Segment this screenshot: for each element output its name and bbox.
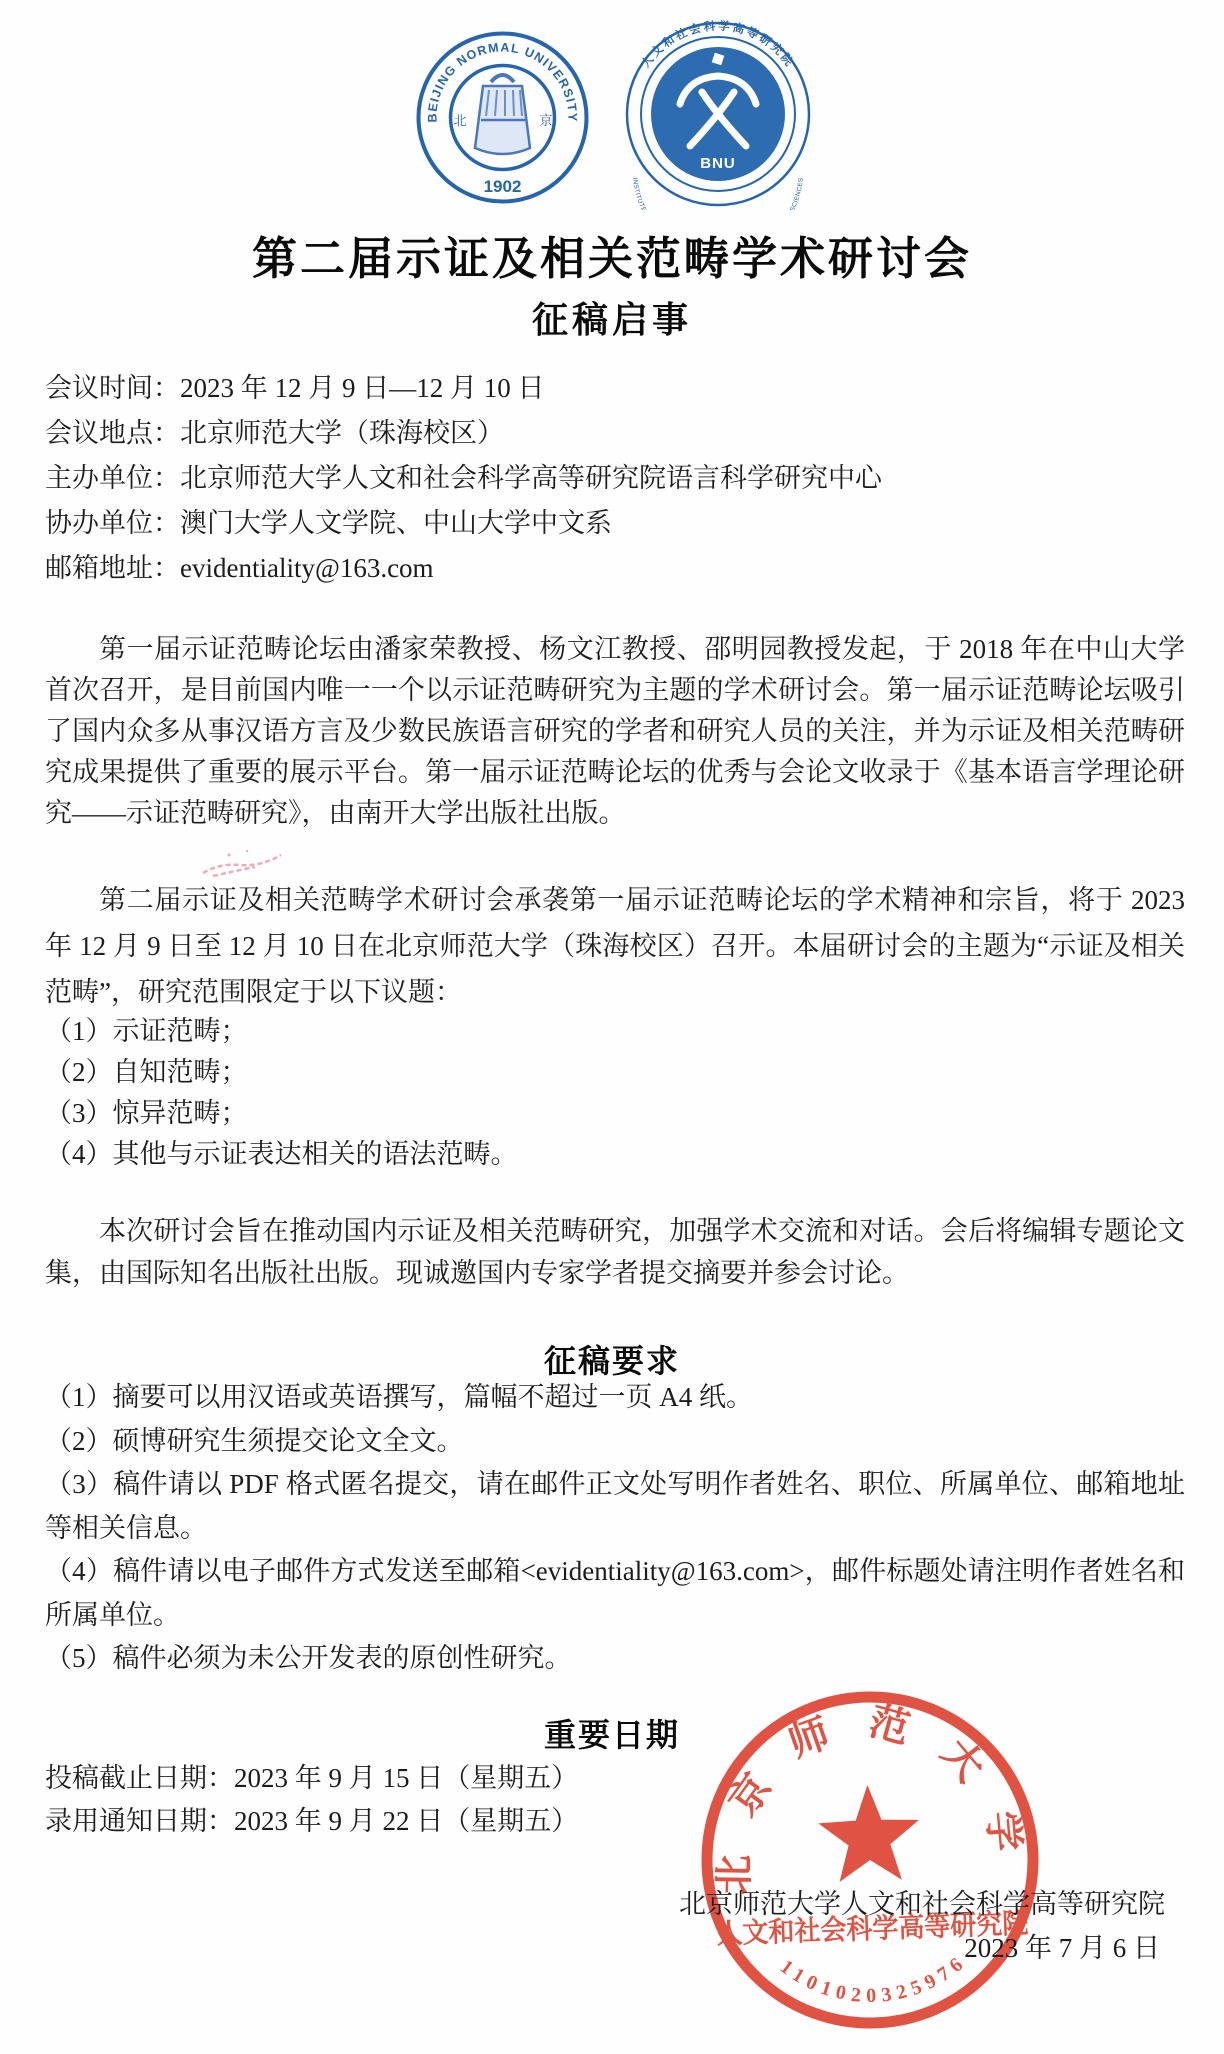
scanned-document-page: BEIJING NORMAL UNIVERSITY 1902 北 京 [0, 0, 1224, 2054]
paragraph-second-symposium: 第二届示证及相关范畴学术研讨会承袭第一届示证范畴论坛的学术精神和宗旨，将于 20… [45, 877, 1185, 1015]
institute-logo-graphic: 人文和社会科学高等研究院 INSTITUTE OF ADVANCED STUDI… [622, 18, 814, 210]
topic-item: （3）惊异范畴； [45, 1093, 1185, 1134]
meeting-info-line: 主办单位：北京师范大学人文和社会科学高等研究院语言科学研究中心 [45, 456, 1185, 501]
bnu-logo-year: 1902 [484, 177, 522, 196]
bnu-bell-icon: 北 京 [453, 75, 552, 154]
topic-item: （1）示证范畴； [45, 1011, 1185, 1052]
institute-logo: 人文和社会科学高等研究院 INSTITUTE OF ADVANCED STUDI… [622, 18, 814, 210]
requirement-item: （4）稿件请以电子邮件方式发送至邮箱<evidentiality@163.com… [45, 1550, 1185, 1637]
topics-list: （1）示证范畴；（2）自知范畴；（3）惊异范畴；（4）其他与示证表达相关的语法范… [45, 1011, 1185, 1175]
meeting-info-line: 邮箱地址：evidentiality@163.com [45, 546, 1185, 591]
meeting-info-line: 会议地点：北京师范大学（珠海校区） [45, 411, 1185, 456]
bnu-bell-right-char: 京 [539, 113, 552, 128]
institute-abbr: BNU [700, 155, 736, 172]
requirement-item: （3）稿件请以 PDF 格式匿名提交，请在邮件正文处写明作者姓名、职位、所属单位… [45, 1463, 1185, 1550]
requirement-item: （1）摘要可以用汉语或英语撰写，篇幅不超过一页 A4 纸。 [45, 1376, 1185, 1420]
signature-date: 2023 年 7 月 6 日 [964, 1926, 1160, 1965]
meeting-info-list: 会议时间：2023 年 12 月 9 日—12 月 10 日会议地点：北京师范大… [45, 366, 1185, 591]
paragraph-purpose: 本次研讨会旨在推动国内示证及相关范畴研究，加强学术交流和对话。会后将编辑专题论文… [45, 1210, 1185, 1294]
signature-organization: 北京师范大学人文和社会科学高等研究院 [679, 1882, 1165, 1921]
seal-star [817, 1783, 921, 1882]
bnu-logo-graphic: BEIJING NORMAL UNIVERSITY 1902 北 京 [415, 30, 590, 205]
official-seal: 北京师范大学 人文和社会科学高等研究院 1101020325976 [694, 1684, 1046, 2036]
topic-item: （4）其他与示证表达相关的语法范畴。 [45, 1134, 1185, 1175]
dates-heading: 重要日期 [0, 1710, 1224, 1756]
bnu-university-logo: BEIJING NORMAL UNIVERSITY 1902 北 京 [415, 30, 590, 205]
paragraph-first-forum: 第一届示证范畴论坛由潘家荣教授、杨文江教授、邵明园教授发起，于 2018 年在中… [45, 629, 1185, 834]
meeting-info-line: 协办单位：澳门大学人文学院、中山大学中文系 [45, 501, 1185, 546]
requirement-item: （5）稿件必须为未公开发表的原创性研究。 [45, 1637, 1185, 1681]
conference-title: 第二届示证及相关范畴学术研讨会 [0, 222, 1224, 287]
notice-subtitle: 征稿启事 [0, 292, 1224, 343]
requirement-item: （2）硕博研究生须提交论文全文。 [45, 1420, 1185, 1464]
requirements-list: （1）摘要可以用汉语或英语撰写，篇幅不超过一页 A4 纸。（2）硕博研究生须提交… [45, 1376, 1185, 1681]
meeting-info-line: 会议时间：2023 年 12 月 9 日—12 月 10 日 [45, 366, 1185, 411]
topic-item: （2）自知范畴； [45, 1052, 1185, 1093]
bnu-bell-left-char: 北 [453, 113, 466, 128]
